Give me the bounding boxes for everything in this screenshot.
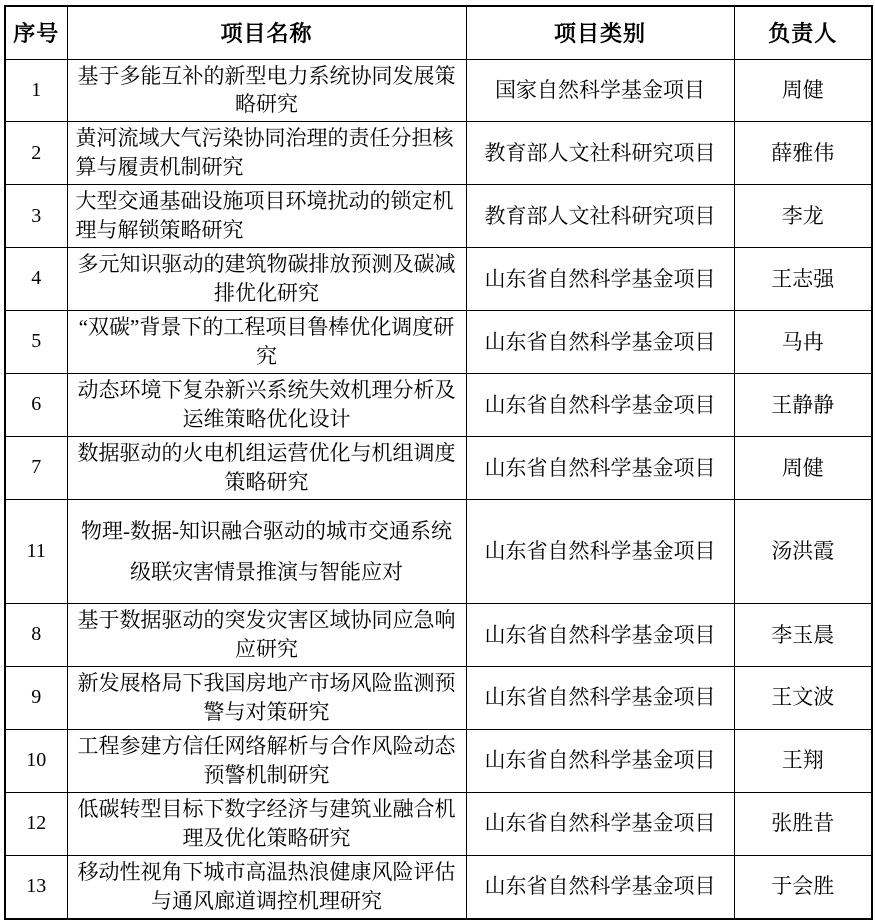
- cell-category: 山东省自然科学基金项目: [466, 792, 734, 855]
- cell-category: 山东省自然科学基金项目: [466, 248, 734, 311]
- table-row: 2 黄河流域大气污染协同治理的责任分担核算与履责机制研究 教育部人文社科研究项目…: [5, 122, 872, 185]
- table-row: 3 大型交通基础设施项目环境扰动的锁定机理与解锁策略研究 教育部人文社科研究项目…: [5, 185, 872, 248]
- cell-leader: 薛雅伟: [734, 122, 872, 185]
- cell-leader: 李玉晨: [734, 604, 872, 667]
- table-row: 7 数据驱动的火电机组运营优化与机组调度策略研究 山东省自然科学基金项目 周健: [5, 437, 872, 500]
- cell-name: 低碳转型目标下数字经济与建筑业融合机理及优化策略研究: [67, 792, 466, 855]
- cell-leader: 张胜昔: [734, 792, 872, 855]
- cell-category: 国家自然科学基金项目: [466, 59, 734, 122]
- cell-category: 山东省自然科学基金项目: [466, 311, 734, 374]
- cell-category: 山东省自然科学基金项目: [466, 500, 734, 604]
- table-row: 1 基于多能互补的新型电力系统协同发展策略研究 国家自然科学基金项目 周健: [5, 59, 872, 122]
- cell-leader: 王志强: [734, 248, 872, 311]
- cell-leader: 周健: [734, 59, 872, 122]
- table-row: 10 工程参建方信任网络解析与合作风险动态预警机制研究 山东省自然科学基金项目 …: [5, 729, 872, 792]
- column-header-leader: 负责人: [734, 6, 872, 59]
- cell-category: 山东省自然科学基金项目: [466, 729, 734, 792]
- cell-name: 动态环境下复杂新兴系统失效机理分析及运维策略优化设计: [67, 374, 466, 437]
- cell-num: 11: [5, 500, 67, 604]
- cell-num: 5: [5, 311, 67, 374]
- cell-category: 山东省自然科学基金项目: [466, 437, 734, 500]
- cell-category: 山东省自然科学基金项目: [466, 604, 734, 667]
- cell-category: 教育部人文社科研究项目: [466, 122, 734, 185]
- cell-num: 3: [5, 185, 67, 248]
- column-header-category: 项目类别: [466, 6, 734, 59]
- cell-num: 9: [5, 667, 67, 730]
- cell-name: 数据驱动的火电机组运营优化与机组调度策略研究: [67, 437, 466, 500]
- cell-num: 6: [5, 374, 67, 437]
- cell-name: “双碳”背景下的工程项目鲁棒优化调度研究: [67, 311, 466, 374]
- cell-name: 基于多能互补的新型电力系统协同发展策略研究: [67, 59, 466, 122]
- cell-num: 7: [5, 437, 67, 500]
- cell-leader: 王翔: [734, 729, 872, 792]
- cell-num: 4: [5, 248, 67, 311]
- cell-name: 移动性视角下城市高温热浪健康风险评估与通风廊道调控机理研究: [67, 855, 466, 918]
- cell-leader: 周健: [734, 437, 872, 500]
- cell-name: 新发展格局下我国房地产市场风险监测预警与对策研究: [67, 667, 466, 730]
- table-row: 5 “双碳”背景下的工程项目鲁棒优化调度研究 山东省自然科学基金项目 马冉: [5, 311, 872, 374]
- cell-name: 物理-数据-知识融合驱动的城市交通系统级联灾害情景推演与智能应对: [67, 500, 466, 604]
- cell-leader: 王文波: [734, 667, 872, 730]
- page: 序号 项目名称 项目类别 负责人 1 基于多能互补的新型电力系统协同发展策略研究…: [0, 0, 875, 917]
- table-row: 4 多元知识驱动的建筑物碳排放预测及碳减排优化研究 山东省自然科学基金项目 王志…: [5, 248, 872, 311]
- cell-category: 山东省自然科学基金项目: [466, 374, 734, 437]
- cell-name: 黄河流域大气污染协同治理的责任分担核算与履责机制研究: [67, 122, 466, 185]
- cell-leader: 汤洪霞: [734, 500, 872, 604]
- cell-num: 8: [5, 604, 67, 667]
- projects-table: 序号 项目名称 项目类别 负责人 1 基于多能互补的新型电力系统协同发展策略研究…: [4, 5, 873, 920]
- table-row: 13 移动性视角下城市高温热浪健康风险评估与通风廊道调控机理研究 山东省自然科学…: [5, 855, 872, 918]
- cell-category: 山东省自然科学基金项目: [466, 667, 734, 730]
- cell-leader: 王静静: [734, 374, 872, 437]
- cell-name: 多元知识驱动的建筑物碳排放预测及碳减排优化研究: [67, 248, 466, 311]
- cell-leader: 于会胜: [734, 855, 872, 918]
- cell-num: 2: [5, 122, 67, 185]
- cell-category: 教育部人文社科研究项目: [466, 185, 734, 248]
- cell-num: 12: [5, 792, 67, 855]
- cell-name: 大型交通基础设施项目环境扰动的锁定机理与解锁策略研究: [67, 185, 466, 248]
- header-row: 序号 项目名称 项目类别 负责人: [5, 6, 872, 59]
- cell-name: 基于数据驱动的突发灾害区域协同应急响应研究: [67, 604, 466, 667]
- table-row: 11 物理-数据-知识融合驱动的城市交通系统级联灾害情景推演与智能应对 山东省自…: [5, 500, 872, 604]
- cell-name: 工程参建方信任网络解析与合作风险动态预警机制研究: [67, 729, 466, 792]
- table-row: 9 新发展格局下我国房地产市场风险监测预警与对策研究 山东省自然科学基金项目 王…: [5, 667, 872, 730]
- cell-category: 山东省自然科学基金项目: [466, 855, 734, 918]
- table-row: 8 基于数据驱动的突发灾害区域协同应急响应研究 山东省自然科学基金项目 李玉晨: [5, 604, 872, 667]
- cell-num: 13: [5, 855, 67, 918]
- cell-leader: 李龙: [734, 185, 872, 248]
- table-row: 6 动态环境下复杂新兴系统失效机理分析及运维策略优化设计 山东省自然科学基金项目…: [5, 374, 872, 437]
- cell-leader: 马冉: [734, 311, 872, 374]
- cell-num: 10: [5, 729, 67, 792]
- column-header-name: 项目名称: [67, 6, 466, 59]
- cell-num: 1: [5, 59, 67, 122]
- column-header-num: 序号: [5, 6, 67, 59]
- table-row: 12 低碳转型目标下数字经济与建筑业融合机理及优化策略研究 山东省自然科学基金项…: [5, 792, 872, 855]
